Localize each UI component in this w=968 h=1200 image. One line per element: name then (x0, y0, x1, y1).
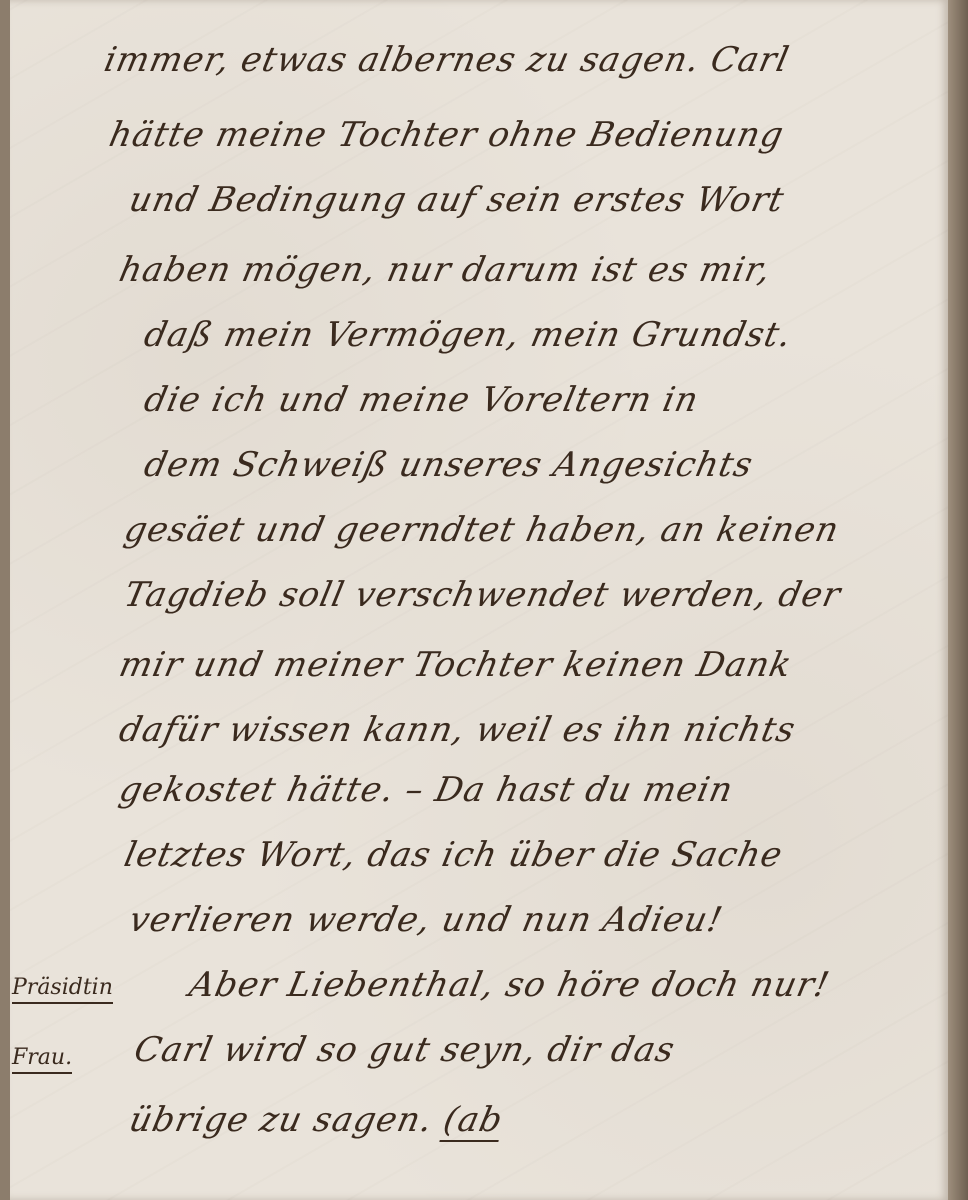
book-binding-left-edge (0, 0, 10, 1200)
book-binding-right-edge (948, 0, 968, 1200)
final-line: übrige zu sagen. (ab (126, 1100, 507, 1140)
speaker-label-1: Präsidtin (12, 975, 113, 1004)
text-line-7: dem Schweiß unseres Angesichts (141, 445, 757, 485)
text-line-13: letztes Wort, das ich über die Sache (121, 835, 787, 875)
text-line-2: hätte meine Tochter ohne Bedienung (106, 115, 788, 155)
text-line-8: gesäet und geerndtet haben, an keinen (121, 510, 843, 550)
text-line-4: haben mögen, nur darum ist es mir, (116, 250, 775, 290)
text-line-1: immer, etwas albernes zu sagen. Carl (101, 40, 793, 80)
text-line-11: dafür wissen kann, weil es ihn nichts (116, 710, 800, 750)
final-line-text: übrige zu sagen. (126, 1100, 437, 1140)
text-line-5: daß mein Vermögen, mein Grundst. (141, 315, 796, 355)
stage-direction: (ab (440, 1100, 507, 1142)
text-line-9: Tagdieb soll verschwendet werden, der (121, 575, 845, 615)
text-line-12: gekostet hätte. – Da hast du mein (116, 770, 737, 810)
text-line-10: mir und meiner Tochter keinen Dank (116, 645, 796, 685)
text-line-6: die ich und meine Voreltern in (141, 380, 703, 420)
text-line-3: und Bedingung auf sein erstes Wort (126, 180, 788, 220)
speaker-label-2: Frau. (12, 1045, 72, 1074)
manuscript-page: immer, etwas albernes zu sagen. Carl hät… (10, 0, 950, 1200)
dialogue-line-1: Aber Liebenthal, so höre doch nur! (186, 965, 834, 1005)
dialogue-line-2: Carl wird so gut seyn, dir das (131, 1030, 679, 1070)
text-line-14: verlieren werde, und nun Adieu! (126, 900, 727, 940)
